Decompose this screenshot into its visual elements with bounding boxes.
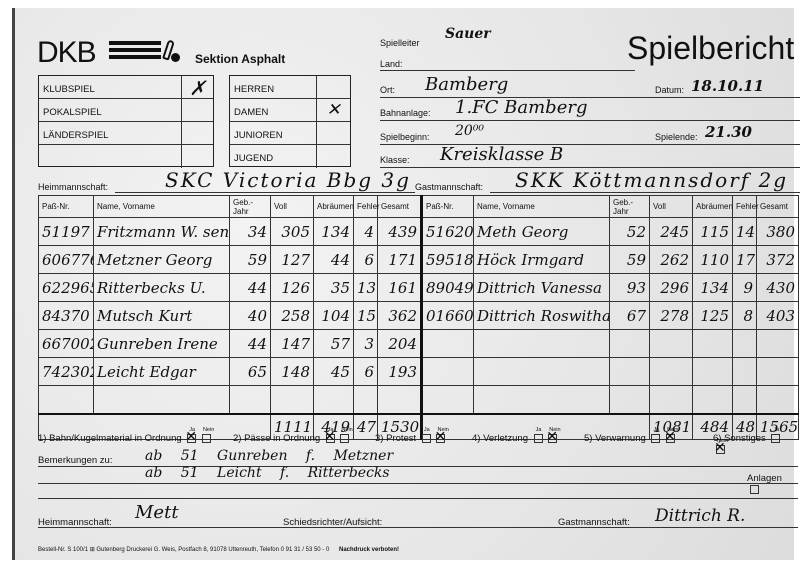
- anlagen-item: Anlagen: [747, 473, 794, 495]
- table-row: [422, 358, 799, 386]
- page-title: Spielbericht: [627, 30, 794, 67]
- table-row: [422, 330, 799, 358]
- category-herren[interactable]: HERREN: [230, 76, 350, 99]
- check-nein-checkbox[interactable]: Nein: [716, 445, 725, 454]
- table-row: [39, 386, 421, 414]
- spielbeginn-value[interactable]: 20⁰⁰: [455, 123, 484, 139]
- home-team-label: Heimmannschaft:: [38, 182, 108, 192]
- game-type-klubspiel[interactable]: KLUBSPIEL ✗: [39, 76, 213, 99]
- check-ja-checkbox[interactable]: Ja: [326, 434, 335, 443]
- score-sheet: DKB Sektion Asphalt Spielbericht KLUBSPI…: [12, 8, 794, 560]
- bowling-ball-icon: [171, 53, 180, 62]
- footer-notice: Nachdruck verboten!: [339, 547, 399, 553]
- check-item-4: 4) Verletzung Ja Nein: [472, 433, 557, 444]
- table-header: Paß-Nr.Name, VornameGeb.-JahrVollAbräume…: [422, 196, 799, 218]
- guest-score-table: Paß-Nr.Name, VornameGeb.-JahrVollAbräume…: [420, 195, 799, 440]
- datum-value[interactable]: 18.10.11: [691, 77, 764, 95]
- check-ja-checkbox[interactable]: Ja: [771, 434, 780, 443]
- table-row: 59518Höck Irmgard5926211017372: [422, 246, 799, 274]
- anlagen-checkbox[interactable]: [750, 485, 759, 494]
- footer-print-info: Bestell-Nr. S 100/1 ⊞ Gutenberg Druckere…: [38, 546, 399, 553]
- datum-label: Datum:: [655, 85, 684, 95]
- remarks-label: Bemerkungen zu:: [38, 455, 112, 466]
- spielleiter-value[interactable]: Sauer: [445, 26, 491, 42]
- check-item-3: 3) Protest Ja Nein: [375, 433, 445, 444]
- spielleiter-label: Spielleiter: [380, 38, 420, 48]
- check-nein-checkbox[interactable]: Nein: [202, 434, 211, 443]
- check-item-5: 5) Verwarnung Ja Nein: [584, 433, 675, 444]
- category-jugend[interactable]: JUGEND: [230, 145, 350, 168]
- klasse-value[interactable]: Kreisklasse B: [440, 144, 563, 165]
- spielbeginn-label: Spielbeginn:: [380, 132, 430, 142]
- checkmark-icon: ✕: [316, 99, 350, 121]
- check-ja-checkbox[interactable]: Ja: [651, 434, 660, 443]
- table-row: 016605Dittrich Roswitha672781258403: [422, 302, 799, 330]
- table-row: 84370Mutsch Kurt4025810415362: [39, 302, 421, 330]
- category-damen[interactable]: DAMEN ✕: [230, 99, 350, 122]
- table-row: 606776Metzner Georg59127446171: [39, 246, 421, 274]
- spielende-value[interactable]: 21.30: [705, 123, 752, 141]
- category-box: HERREN DAMEN ✕ JUNIOREN JUGEND: [229, 75, 351, 167]
- guest-team-label: Gastmannschaft:: [415, 182, 483, 192]
- check-nein-checkbox[interactable]: Nein: [436, 434, 445, 443]
- home-team-name[interactable]: SKC Victoria Bbg 3g: [165, 168, 411, 192]
- table-row: 890493Dittrich Vanessa932961349430: [422, 274, 799, 302]
- game-type-empty[interactable]: [39, 145, 213, 168]
- check-item-6: 6) Sonstiges Ja Nein: [713, 433, 794, 455]
- table-row: 51620Meth Georg5224511514380: [422, 218, 799, 246]
- ort-label: Ort:: [380, 85, 395, 95]
- klasse-label: Klasse:: [380, 155, 410, 165]
- check-item-2: 2) Pässe in Ordnung Ja Nein: [233, 433, 349, 444]
- check-nein-checkbox[interactable]: Nein: [340, 434, 349, 443]
- ort-value[interactable]: Bamberg: [425, 74, 508, 95]
- bahnanlage-label: Bahnanlage:: [380, 108, 431, 118]
- land-label: Land:: [380, 59, 403, 69]
- check-nein-checkbox[interactable]: Nein: [548, 434, 557, 443]
- check-ja-checkbox[interactable]: Ja: [422, 434, 431, 443]
- checkmark-icon: ✗: [181, 76, 213, 98]
- table-row: 742302Leicht Edgar65148456193: [39, 358, 421, 386]
- dkb-logo: DKB: [37, 36, 96, 70]
- spielende-label: Spielende:: [655, 132, 698, 142]
- logo-bars-icon: [109, 41, 161, 63]
- check-nein-checkbox[interactable]: Nein: [666, 434, 675, 443]
- game-type-pokalspiel[interactable]: POKALSPIEL: [39, 99, 213, 122]
- game-type-laenderspiel[interactable]: LÄNDERSPIEL: [39, 122, 213, 145]
- table-row: [422, 386, 799, 414]
- game-type-box: KLUBSPIEL ✗ POKALSPIEL LÄNDERSPIEL: [38, 75, 214, 167]
- guest-signature[interactable]: Dittrich R.: [655, 506, 745, 526]
- section-name: Sektion Asphalt: [195, 52, 285, 66]
- bahnanlage-value[interactable]: 1.FC Bamberg: [455, 97, 588, 118]
- table-header: Paß-Nr.Name, VornameGeb.-JahrVollAbräume…: [39, 196, 421, 218]
- table-row: 622965Ritterbecks U.441263513161: [39, 274, 421, 302]
- home-score-table: Paß-Nr.Name, VornameGeb.-JahrVollAbräume…: [38, 195, 421, 440]
- table-row: 667002Gunreben Irene44147573204: [39, 330, 421, 358]
- check-ja-checkbox[interactable]: Ja: [534, 434, 543, 443]
- category-junioren[interactable]: JUNIOREN: [230, 122, 350, 145]
- guest-team-name[interactable]: SKK Köttmannsdorf 2g: [515, 168, 788, 192]
- home-signature[interactable]: Mett: [135, 502, 179, 523]
- table-row: 51197Fritzmann W. sen343051344439: [39, 218, 421, 246]
- remarks-line-2[interactable]: ab 51 Leicht f. Ritterbecks: [145, 465, 390, 481]
- check-item-1: 1) Bahn/Kugelmaterial in Ordnung Ja Nein: [38, 433, 211, 444]
- check-ja-checkbox[interactable]: Ja: [187, 434, 196, 443]
- remarks-line-1[interactable]: ab 51 Gunreben f. Metzner: [145, 448, 393, 464]
